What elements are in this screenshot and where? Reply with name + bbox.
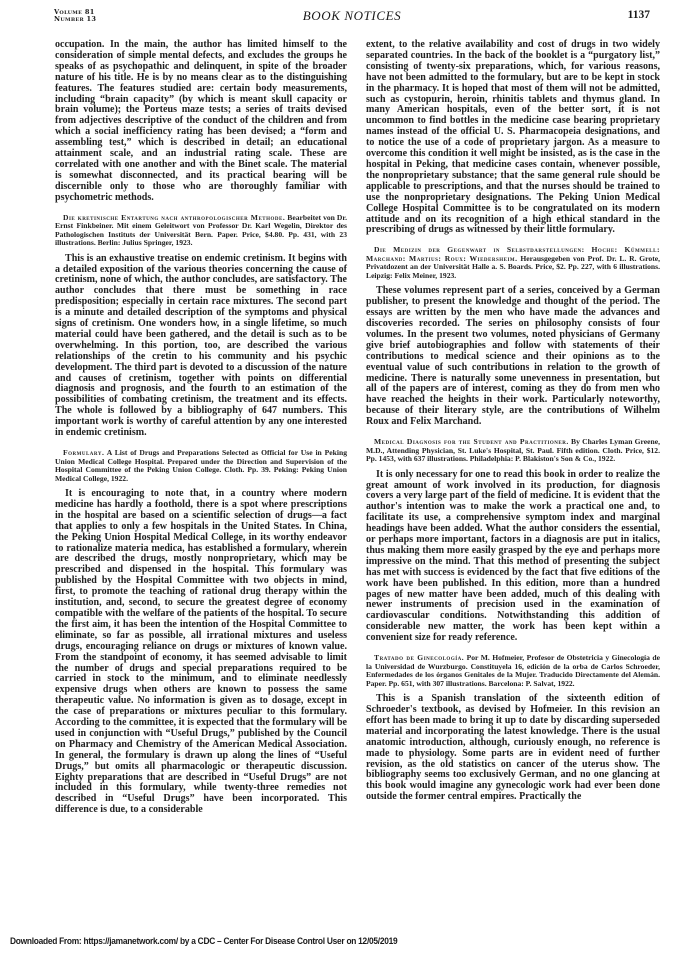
right-column: extent, to the relative availability and… [366, 40, 660, 803]
review-body: This is an exhaustive treatise on endemi… [55, 254, 347, 439]
section-title: BOOK NOTICES [54, 8, 650, 24]
review-citation: Die Medizin der Gegenwart in Selbstdarst… [366, 246, 660, 280]
download-footer: Downloaded From: https://jamanetwork.com… [10, 936, 397, 946]
page-header: Volume 81 Number 13 BOOK NOTICES 1137 [54, 8, 650, 30]
review-citation: Formulary. A List of Drugs and Preparati… [55, 449, 347, 483]
review-body: It is encouraging to note that, in a cou… [55, 489, 347, 816]
continued-paragraph: extent, to the relative availability and… [366, 40, 660, 236]
left-column: occupation. In the main, the author has … [55, 40, 347, 816]
review-citation: Tratado de Ginecología. Por M. Hofmeier,… [366, 654, 660, 688]
review-body: This is a Spanish translation of the six… [366, 694, 660, 803]
review-body: These volumes represent part of a series… [366, 286, 660, 428]
review-body: It is only necessary for one to read thi… [366, 470, 660, 645]
review-citation: Die kretinische Entartung nach anthropol… [55, 214, 347, 248]
review-citation: Medical Diagnosis for the Student and Pr… [366, 438, 660, 464]
page-number: 1137 [628, 9, 650, 21]
continued-paragraph: occupation. In the main, the author has … [55, 40, 347, 204]
